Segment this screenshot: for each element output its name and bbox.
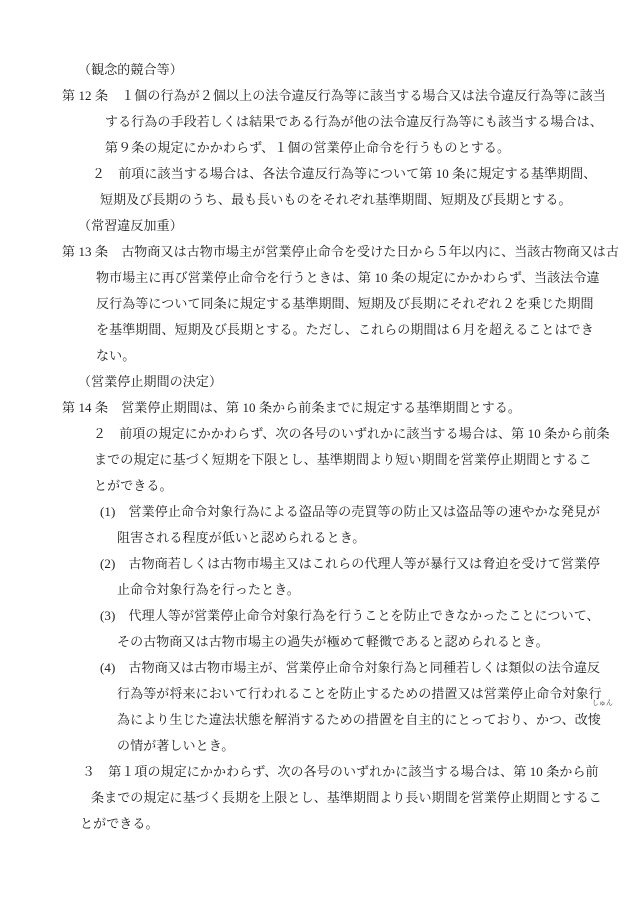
text-line: (3) 代理人等が営業停止命令対象行為を行うことを防止できなかったことについて、 bbox=[0, 603, 630, 629]
text-line: を基準期間、短期及び長期とする。ただし、これらの期間は６月を超えることはでき bbox=[0, 317, 630, 343]
text-line: （常習違反加重） bbox=[0, 213, 630, 239]
text-line: その古物商又は古物市場主の過失が極めて軽微であると認められるとき。 bbox=[0, 629, 630, 655]
text-line: する行為の手段若しくは結果である行為が他の法令違反行為等にも該当する場合は、 bbox=[0, 109, 630, 135]
ruby-reading: しゅん bbox=[592, 700, 613, 707]
text-line: (2) 古物商若しくは古物市場主又はこれらの代理人等が暴行又は脅迫を受けて営業停 bbox=[0, 551, 630, 577]
text-line: 条までの規定に基づく長期を上限とし、基準期間より長い期間を営業停止期間とするこ bbox=[0, 785, 630, 811]
text-line: （営業停止期間の決定） bbox=[0, 369, 630, 395]
text-line: （観念的競合等） bbox=[0, 57, 630, 83]
text-line: 短期及び長期のうち、最も長いものをそれぞれ基準期間、短期及び長期とする。 bbox=[0, 187, 630, 213]
text-line: 第 12 条 １個の行為が２個以上の法令違反行為等に該当する場合又は法令違反行為… bbox=[0, 83, 630, 109]
text-line: 行為等が将来において行われることを防止するための措置又は営業停止命令対象行 bbox=[0, 681, 630, 707]
text-line: までの規定に基づく短期を下限とし、基準期間より短い期間を営業停止期間とするこ bbox=[0, 447, 630, 473]
text-line: ない。 bbox=[0, 343, 630, 369]
text-line: とができる。 bbox=[0, 811, 630, 837]
text-line: 止命令対象行為を行ったとき。 bbox=[0, 577, 630, 603]
text-line: (4) 古物商又は古物市場主が、営業停止命令対象行為と同種若しくは類似の法令違反 bbox=[0, 655, 630, 681]
text-line: 阻害される程度が低いと認められるとき。 bbox=[0, 525, 630, 551]
text-line: 反行為等について同条に規定する基準期間、短期及び長期にそれぞれ２を乗じた期間 bbox=[0, 291, 630, 317]
text-line: の情が著しいとき。 bbox=[0, 733, 630, 759]
text-line: 第 13 条 古物商又は古物市場主が営業停止命令を受けた日から５年以内に、当該古… bbox=[0, 239, 630, 265]
ruby-annotated-word: 悛しゅん bbox=[588, 707, 601, 733]
text-line: 第９条の規定にかかわらず、１個の営業停止命令を行うものとする。 bbox=[0, 135, 630, 161]
text-line: 為により生じた違法状態を解消するための措置を自主的にとっており、かつ、改悛しゅん bbox=[0, 707, 630, 733]
text-line: ２ 前項に該当する場合は、各法令違反行為等について第 10 条に規定する基準期間… bbox=[0, 161, 630, 187]
text-line: とができる。 bbox=[0, 473, 630, 499]
text-line: (1) 営業停止命令対象行為による盗品等の売買等の防止又は盗品等の速やかな発見が bbox=[0, 499, 630, 525]
text-line: 物市場主に再び営業停止命令を行うときは、第 10 条の規定にかかわらず、当該法令… bbox=[0, 265, 630, 291]
document-body: （観念的競合等）第 12 条 １個の行為が２個以上の法令違反行為等に該当する場合… bbox=[0, 57, 630, 837]
document-page: （観念的競合等）第 12 条 １個の行為が２個以上の法令違反行為等に該当する場合… bbox=[0, 0, 630, 903]
text-line: 第 14 条 営業停止期間は、第 10 条から前条までに規定する基準期間とする。 bbox=[0, 395, 630, 421]
text-line: ３ 第１項の規定にかかわらず、次の各号のいずれかに該当する場合は、第 10 条か… bbox=[0, 759, 630, 785]
text-line: ２ 前項の規定にかかわらず、次の各号のいずれかに該当する場合は、第 10 条から… bbox=[0, 421, 630, 447]
